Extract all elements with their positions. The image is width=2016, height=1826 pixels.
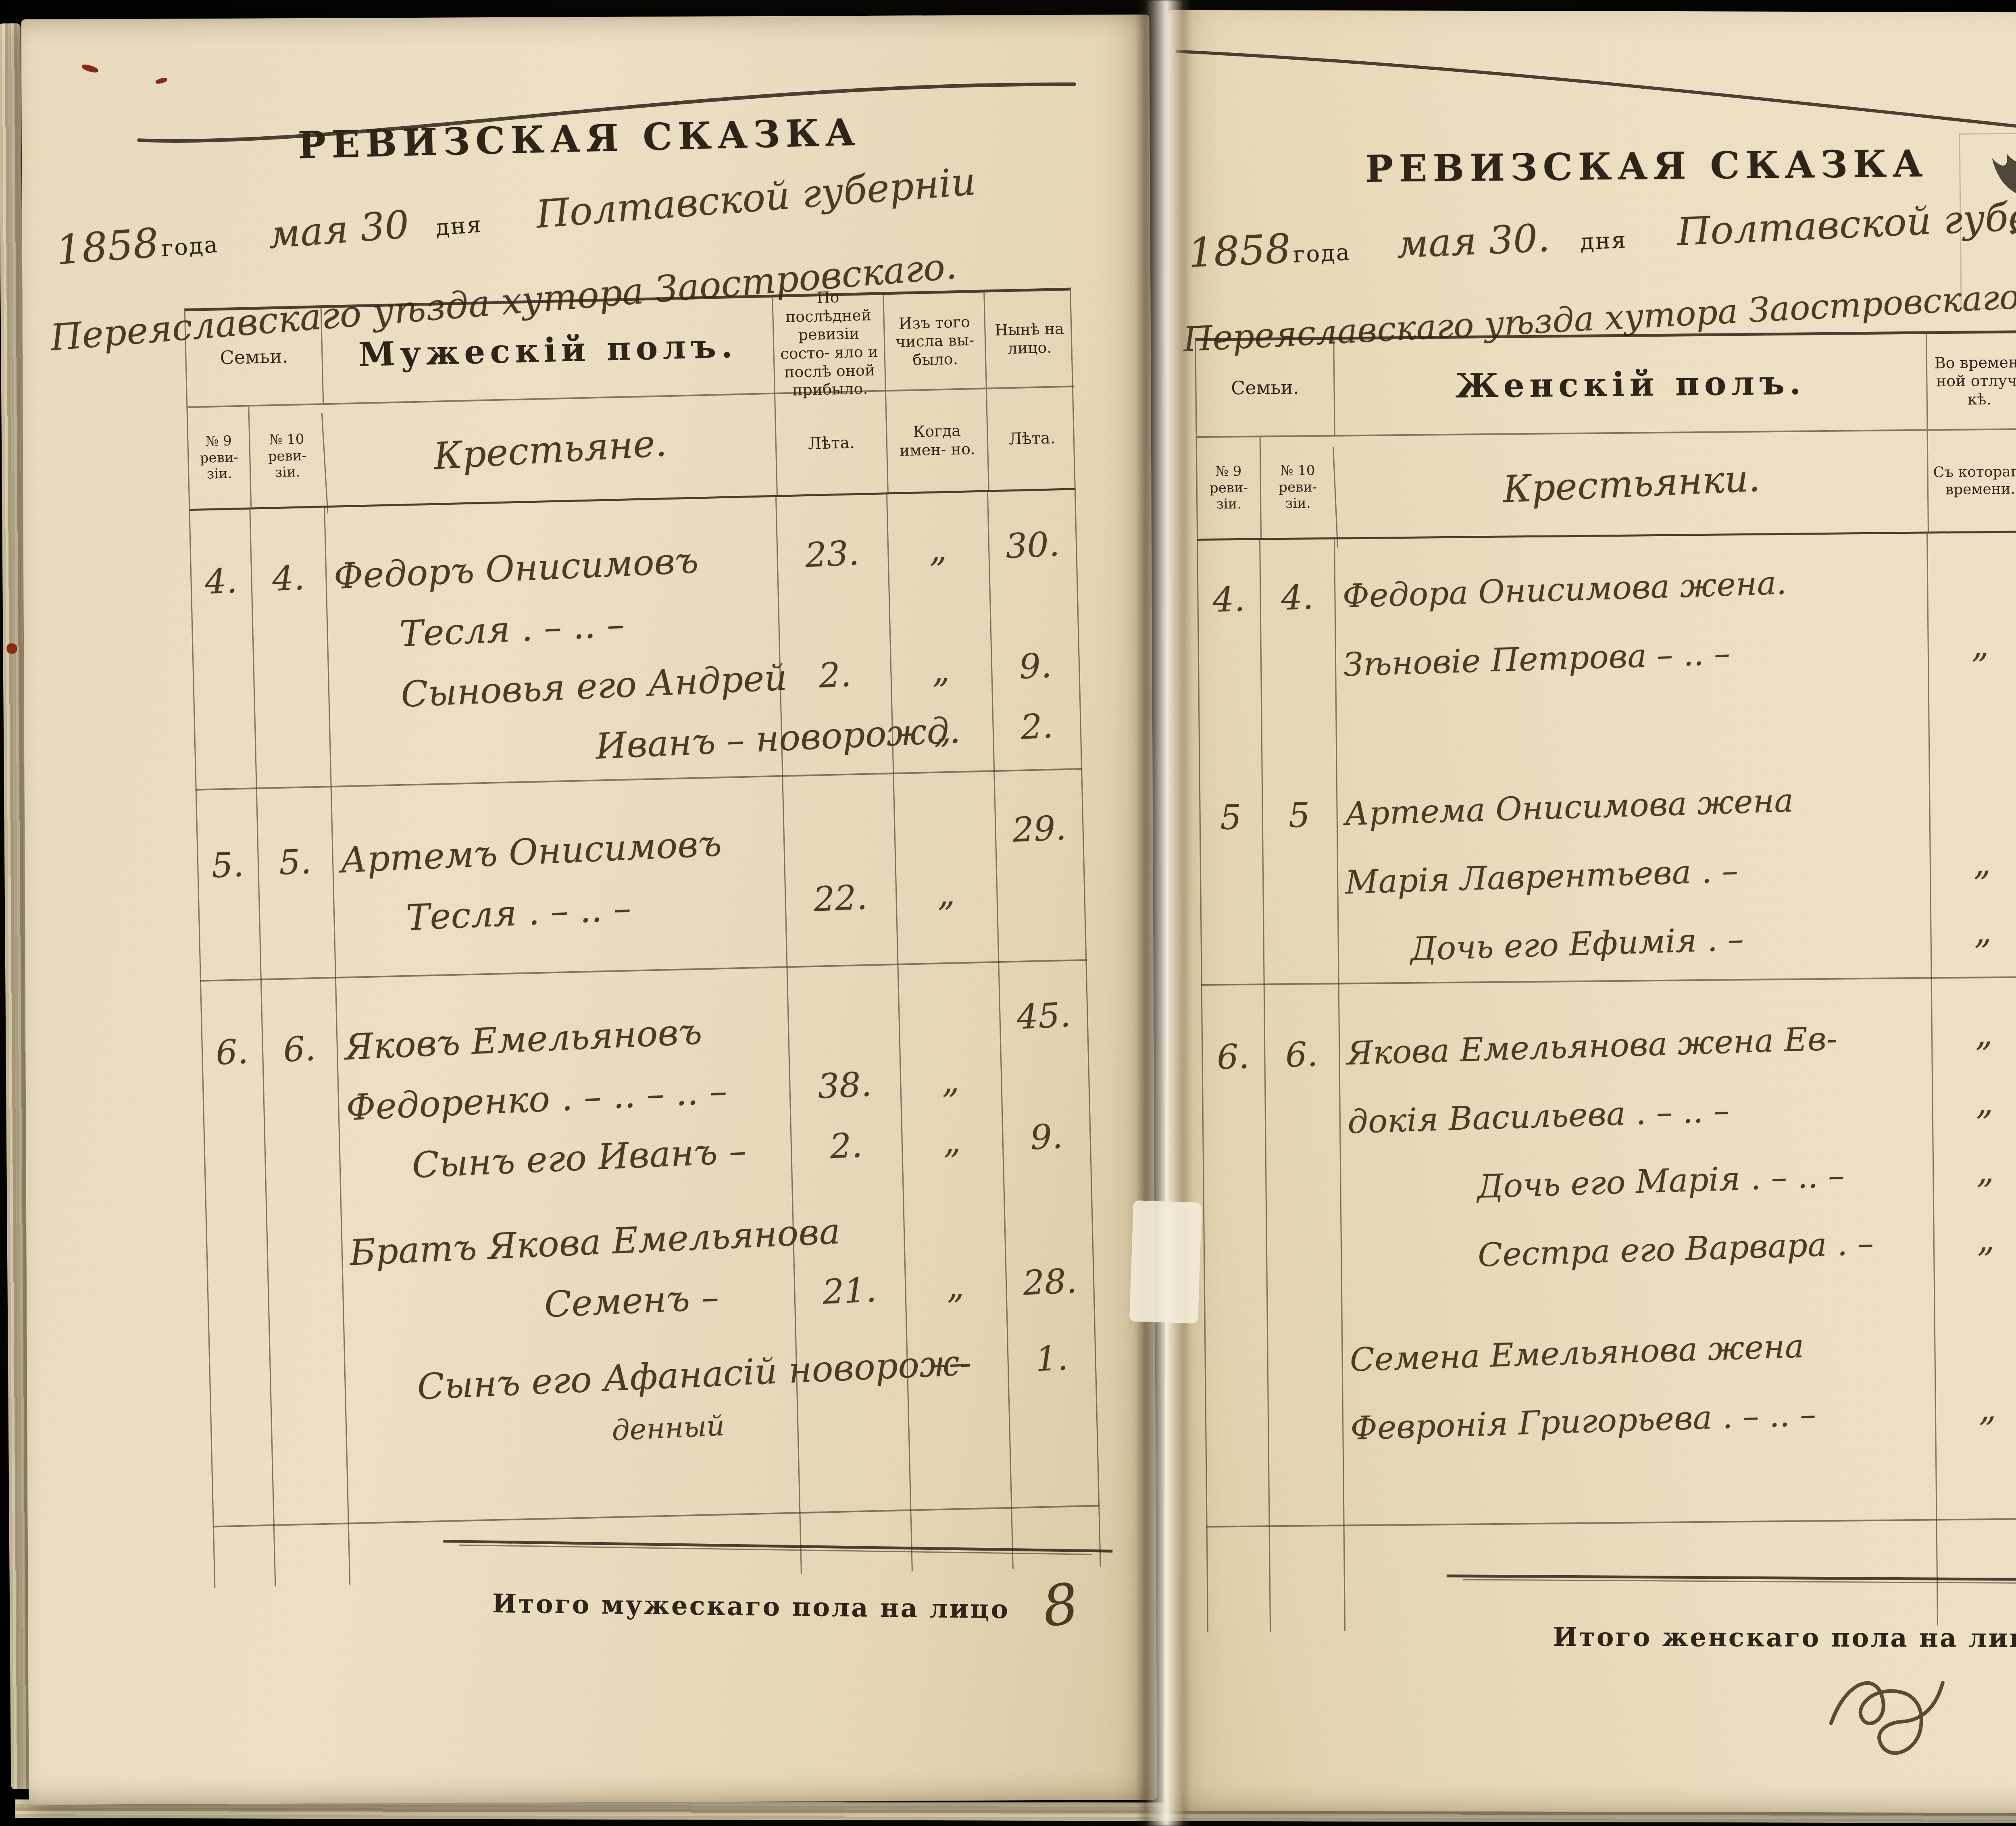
col-9th-revision-no: № 9 реви- зіи. — [187, 407, 250, 509]
age-now: 45. — [998, 994, 1089, 1038]
person-name: Семена Емельянова жена — [1341, 1323, 1935, 1379]
departure-mark: „ — [887, 527, 989, 571]
age-now: 28. — [1005, 1260, 1095, 1304]
person-name: Федоръ Онисимовъ — [325, 536, 777, 598]
photographed-revision-book: РЕВИЗСКАЯ СКАЗКА 1858 года мая 30 дня По… — [0, 0, 2016, 1826]
person-name: Сынъ его Иванъ – — [339, 1128, 791, 1189]
person-name: Яковъ Емельяновъ — [336, 1007, 789, 1068]
family-no-9th: 6. — [201, 1031, 263, 1073]
right-form: 1306. РЕВИЗСКАЯ СКАЗКА 2 — [1158, 6, 2016, 1816]
departure-mark: „ — [895, 872, 997, 916]
table-header: Семьи. Женскій полъ. Во времен- ной отлу… — [1195, 329, 2016, 541]
year-word: года — [160, 231, 219, 262]
year-value: 1858 — [1187, 225, 1291, 277]
paper-tape-patch — [1129, 1200, 1202, 1324]
family-no-10th: 6. — [261, 1028, 337, 1070]
total-label: Итого женскаго пола на лицо — [1553, 1622, 2016, 1653]
day-word: дня — [435, 211, 483, 241]
age-now: 29. — [994, 807, 1084, 851]
date-line: 1858 года мая 30. дня Полтавской губерні… — [1187, 188, 2016, 277]
departure-mark: – — [906, 1341, 1008, 1385]
person-name: Артема Онисимова жена — [1336, 777, 1929, 833]
table-body: 4. 4. Федоръ Онисимовъ 23. „ 30. Тесля .… — [189, 490, 1101, 1588]
total-row: Итого женскаго пола на лицо 7 — [1423, 1594, 2016, 1661]
age-last-revision: 2. — [790, 1124, 902, 1168]
total-row: Итого мужескаго пола на лицо 8 — [416, 1560, 1078, 1632]
age-now: 30. — [987, 523, 1078, 567]
age-last-revision: 21. — [793, 1269, 906, 1313]
since-when-mark: „ — [1933, 1218, 2016, 1261]
col-when-exactly-sub: Когда имен- но. — [885, 389, 988, 492]
family-block-5: 5 5 Артема Онисимова жена Марія Лавренть… — [1199, 758, 2016, 986]
person-name: Иванъ – новорожд. — [329, 717, 782, 779]
year-word: года — [1293, 239, 1352, 268]
person-name: Сыновья его Андрей — [327, 657, 780, 718]
right-page-female: 1306. РЕВИЗСКАЯ СКАЗКА 2 — [1164, 10, 2016, 1813]
person-name: Семенъ – — [342, 1272, 795, 1334]
since-when-mark: „ — [1934, 1387, 2016, 1430]
since-when-mark: „ — [1931, 1012, 2016, 1055]
col-families: Семьи. — [185, 308, 323, 408]
total-label: Итого мужескаго пола на лицо — [492, 1589, 1010, 1625]
family-block-6: 6. 6. Якова Емельянова жена Ев- „ 45. до… — [1201, 977, 2016, 1528]
estate-category-handwritten: Крестьяне. — [321, 386, 778, 513]
age-last-revision: 22. — [784, 876, 896, 920]
since-when-mark: „ — [1932, 1149, 2016, 1192]
age-last-revision: 2. — [779, 653, 891, 697]
age-now: 1. — [1006, 1337, 1097, 1380]
person-name: Сестра его Варвара . – — [1340, 1222, 1934, 1278]
departure-mark: „ — [901, 1119, 1003, 1163]
family-no-9th: 4. — [190, 560, 252, 602]
family-block-4: 4. 4. Федоръ Онисимовъ 23. „ 30. Тесля .… — [189, 490, 1082, 791]
family-no-10th: 6. — [1264, 1034, 1339, 1076]
family-block-6: 6. 6. Яковъ Емельяновъ 45. Федоренко . –… — [200, 961, 1100, 1527]
signature-flourish-icon — [1818, 1653, 1965, 1776]
col-female-sex: Женскій полъ. — [1333, 334, 1926, 437]
family-no-9th: 6. — [1201, 1036, 1265, 1078]
person-name: Февронія Григорьева . – .. – — [1342, 1392, 1935, 1447]
red-ink-speck — [81, 63, 99, 74]
left-form: РЕВИЗСКАЯ СКАЗКА 1858 года мая 30 дня По… — [4, 4, 1174, 1816]
person-name: Федора Онисимова жена. — [1334, 560, 1927, 615]
person-name: докія Васильева . – .. – — [1339, 1085, 1933, 1141]
person-name: Зѣновіе Петрова – .. – — [1335, 628, 1928, 684]
col-departed: Изъ того числа вы- было. — [883, 293, 986, 392]
family-no-10th: 5. — [257, 841, 333, 883]
col-last-revision: По послѣдней ревизіи состо- яло и послѣ … — [772, 295, 885, 394]
col-male-sex: Мужескій полъ. — [321, 298, 774, 405]
day-word: дня — [1580, 227, 1628, 255]
col-families: Семьи. — [1196, 340, 1334, 438]
family-no-10th: 5 — [1261, 794, 1337, 836]
family-no-9th: 4. — [1197, 579, 1260, 620]
family-block-4: 4. 4. Федора Онисимова жена. Зѣновіе Пет… — [1197, 532, 2016, 766]
person-name: Сынъ его Афанасій новорож- — [344, 1349, 797, 1411]
table-body: 4. 4. Федора Онисимова жена. Зѣновіе Пет… — [1197, 532, 2016, 1632]
person-name: Якова Емельянова жена Ев- — [1338, 1017, 1932, 1072]
red-ink-speck — [155, 77, 168, 85]
person-name: Дочь его Ефимія . – — [1337, 914, 1931, 970]
person-name: Тесля . – .. – — [326, 596, 779, 658]
age-now: 9. — [990, 644, 1081, 688]
since-when-mark: „ — [1929, 841, 2016, 884]
family-no-10th: 4. — [1259, 577, 1335, 618]
col-years-now-sub: Лѣта. — [986, 387, 1077, 490]
since-when-mark: „ — [1927, 624, 2016, 666]
age-last-revision: 23. — [776, 532, 888, 576]
col-9th-revision-no: № 9 реви- зіи. — [1197, 437, 1260, 538]
age-now: 2. — [991, 705, 1082, 748]
province-value: Полтавской губерніи — [535, 159, 978, 237]
month-day-value: мая 30. — [1396, 216, 1551, 267]
estate-category-handwritten: Крестьянки. — [1333, 421, 1929, 548]
red-ink-speck — [6, 643, 17, 654]
age-last-revision: 38. — [788, 1063, 901, 1108]
departure-mark: „ — [889, 648, 992, 692]
person-name: Тесля . – .. – — [333, 880, 785, 942]
departure-mark: „ — [904, 1264, 1006, 1308]
table-header: Семьи. Мужескій полъ. По послѣдней ревиз… — [184, 287, 1076, 511]
departure-mark: „ — [891, 709, 993, 753]
col-temporarily-away: Во времен- ной отлуч- кѣ. — [1926, 333, 2016, 431]
family-no-10th: 4. — [250, 557, 327, 600]
family-block-5: 5. 5. Артемъ Онисимовъ 29. Тесля . – .. … — [196, 770, 1087, 982]
family-no-9th: 5 — [1199, 797, 1262, 838]
age-now: 9. — [1001, 1115, 1091, 1159]
col-years-sub: Лѣта. — [774, 391, 887, 495]
person-name: Артемъ Онисимовъ — [331, 820, 784, 881]
family-no-9th: 5. — [196, 844, 258, 886]
female-revision-table: Семьи. Женскій полъ. Во времен- ной отлу… — [1195, 329, 2016, 1632]
year-value: 1858 — [54, 219, 160, 274]
departure-mark: „ — [899, 1059, 1002, 1103]
since-when-mark: „ — [1930, 910, 2016, 953]
col-since-when-sub: Съ котораго времени. — [1927, 430, 2016, 531]
total-value: 8 — [1039, 1571, 1082, 1640]
person-name: Федоренко . – .. – .. – — [337, 1067, 790, 1129]
person-name: Дочь его Марія . – .. – — [1339, 1154, 1933, 1210]
month-day-value: мая 30 — [267, 202, 411, 257]
col-now-present: Нынѣ на лицо. — [983, 290, 1075, 389]
male-revision-table: Семьи. Мужескій полъ. По послѣдней ревиз… — [184, 287, 1101, 1588]
col-10th-revision-no: № 10 реви- зіи. — [248, 405, 325, 507]
since-when-mark: „ — [1931, 1081, 2016, 1124]
person-name: Братъ Якова Емельянова — [341, 1212, 793, 1274]
left-page-male: РЕВИЗСКАЯ СКАЗКА 1858 года мая 30 дня По… — [21, 15, 1157, 1805]
page-title: РЕВИЗСКАЯ СКАЗКА — [1332, 142, 1962, 191]
person-name: Марія Лаврентьева . – — [1337, 846, 1930, 902]
col-10th-revision-no: № 10 реви- зіи. — [1260, 437, 1335, 538]
